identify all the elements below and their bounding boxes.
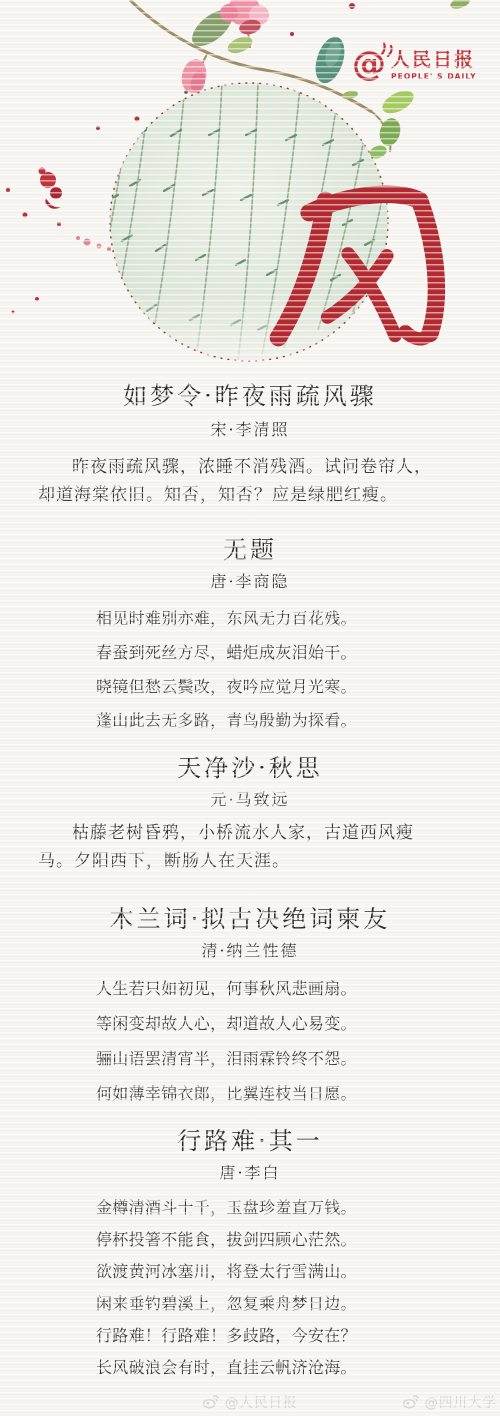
weibo-icon xyxy=(402,1394,420,1409)
poem-line: 等闲变却故人心，却道故人心易变。 xyxy=(96,1006,500,1041)
poster: @ 人民日报 PEOPLE' S DAILY 如梦令·昨夜雨疏风骤 宋·李清照 … xyxy=(0,0,500,1416)
poem-line: 停杯投箸不能食，拔剑四顾心茫然。 xyxy=(96,1224,500,1256)
poem-author: 唐·李商隐 xyxy=(0,571,500,593)
poem-paragraph: 枯藤老树昏鸦，小桥流水人家，古道西风瘦马。夕阳西下，断肠人在天涯。 xyxy=(38,819,440,875)
poem-section-mulanci: 木兰词·拟古决绝词柬友 清·纳兰性德 人生若只如初见，何事秋风悲画扇。 等闲变却… xyxy=(0,904,500,1111)
watercolor-leaf xyxy=(449,0,471,11)
peoples-daily-logo: @ 人民日报 PEOPLE' S DAILY xyxy=(352,46,477,82)
watermark-left: @人民日报 xyxy=(202,1391,298,1411)
poem-section-rumengling: 如梦令·昨夜雨疏风骤 宋·李清照 昨夜雨疏风骤，浓睡不消残酒。试问卷帘人，却道海… xyxy=(0,381,500,509)
poem-line: 金樽清酒斗十千，玉盘珍羞直万钱。 xyxy=(96,1192,500,1224)
logo-subtitle: PEOPLE' S DAILY xyxy=(391,72,477,81)
poem-line: 相见时难别亦难，东风无力百花残。 xyxy=(96,602,500,636)
poem-line: 晓镜但愁云鬓改，夜吟应觉月光寒。 xyxy=(96,670,500,704)
watermark-text: @人民日报 xyxy=(225,1391,298,1411)
poem-line: 闲来垂钓碧溪上，忽复乘舟梦日边。 xyxy=(96,1288,500,1320)
poem-title: 木兰词·拟古决绝词柬友 xyxy=(0,904,500,934)
poem-section-xingluannan: 行路难·其一 唐·李白 金樽清酒斗十千，玉盘珍羞直万钱。 停杯投箸不能食，拔剑四… xyxy=(0,1126,500,1384)
red-dot xyxy=(349,3,355,9)
wind-character-calligraphy xyxy=(264,182,474,354)
poem-title: 天净沙·秋思 xyxy=(0,753,500,783)
poem-line: 人生若只如初见，何事秋风悲画扇。 xyxy=(96,971,500,1006)
poem-section-wuti: 无题 唐·李商隐 相见时难别亦难，东风无力百花残。 春蚕到死丝方尽，蜡炬成灰泪始… xyxy=(0,535,500,738)
at-icon: @ xyxy=(352,46,386,82)
poem-lines: 人生若只如初见，何事秋风悲画扇。 等闲变却故人心，却道故人心易变。 骊山语罢清宵… xyxy=(0,971,500,1111)
watermark-text: @四川大学 xyxy=(425,1391,498,1411)
poem-line: 欲渡黄河冰塞川，将登太行雪满山。 xyxy=(96,1256,500,1288)
poem-author: 唐·李白 xyxy=(0,1162,500,1184)
weibo-icon xyxy=(202,1394,220,1409)
red-dot xyxy=(290,32,294,36)
poem-author: 元·马致远 xyxy=(0,789,500,811)
poem-line: 何如薄幸锦衣郎，比翼连枝当日愿。 xyxy=(96,1076,500,1111)
poem-section-tianjingsha: 天净沙·秋思 元·马致远 枯藤老树昏鸦，小桥流水人家，古道西风瘦马。夕阳西下，断… xyxy=(0,753,500,875)
poem-title: 无题 xyxy=(0,535,500,565)
poem-line: 长风破浪会有时，直挂云帆济沧海。 xyxy=(96,1352,500,1384)
poem-author: 清·纳兰性德 xyxy=(0,940,500,962)
poem-lines: 相见时难别亦难，东风无力百花残。 春蚕到死丝方尽，蜡炬成灰泪始干。 晓镜但愁云鬓… xyxy=(0,602,500,738)
poem-line: 春蚕到死丝方尽，蜡炬成灰泪始干。 xyxy=(96,636,500,670)
logo-title: 人民日报 xyxy=(391,50,477,70)
poem-title: 如梦令·昨夜雨疏风骤 xyxy=(0,381,500,411)
poem-author: 宋·李清照 xyxy=(0,419,500,441)
pink-blossom xyxy=(220,4,238,22)
poem-line: 骊山语罢清宵半，泪雨霖铃终不怨。 xyxy=(96,1041,500,1076)
watercolor-leaf xyxy=(341,89,358,100)
poem-line: 蓬山此去无多路，青鸟殷勤为探看。 xyxy=(96,704,500,738)
sound-ticks-icon xyxy=(379,42,395,58)
watermark-right: @四川大学 xyxy=(402,1391,498,1411)
watercolor-leaf xyxy=(379,86,417,118)
poem-paragraph: 昨夜雨疏风骤，浓睡不消残酒。试问卷帘人，却道海棠依旧。知否，知否？应是绿肥红瘦。 xyxy=(38,453,440,509)
poem-lines: 金樽清酒斗十千，玉盘珍羞直万钱。 停杯投箸不能食，拔剑四顾心茫然。 欲渡黄河冰塞… xyxy=(0,1192,500,1384)
watercolor-leaf xyxy=(225,34,254,57)
poem-line: 行路难！行路难！多歧路，今安在？ xyxy=(96,1320,500,1352)
poem-title: 行路难·其一 xyxy=(0,1126,500,1156)
